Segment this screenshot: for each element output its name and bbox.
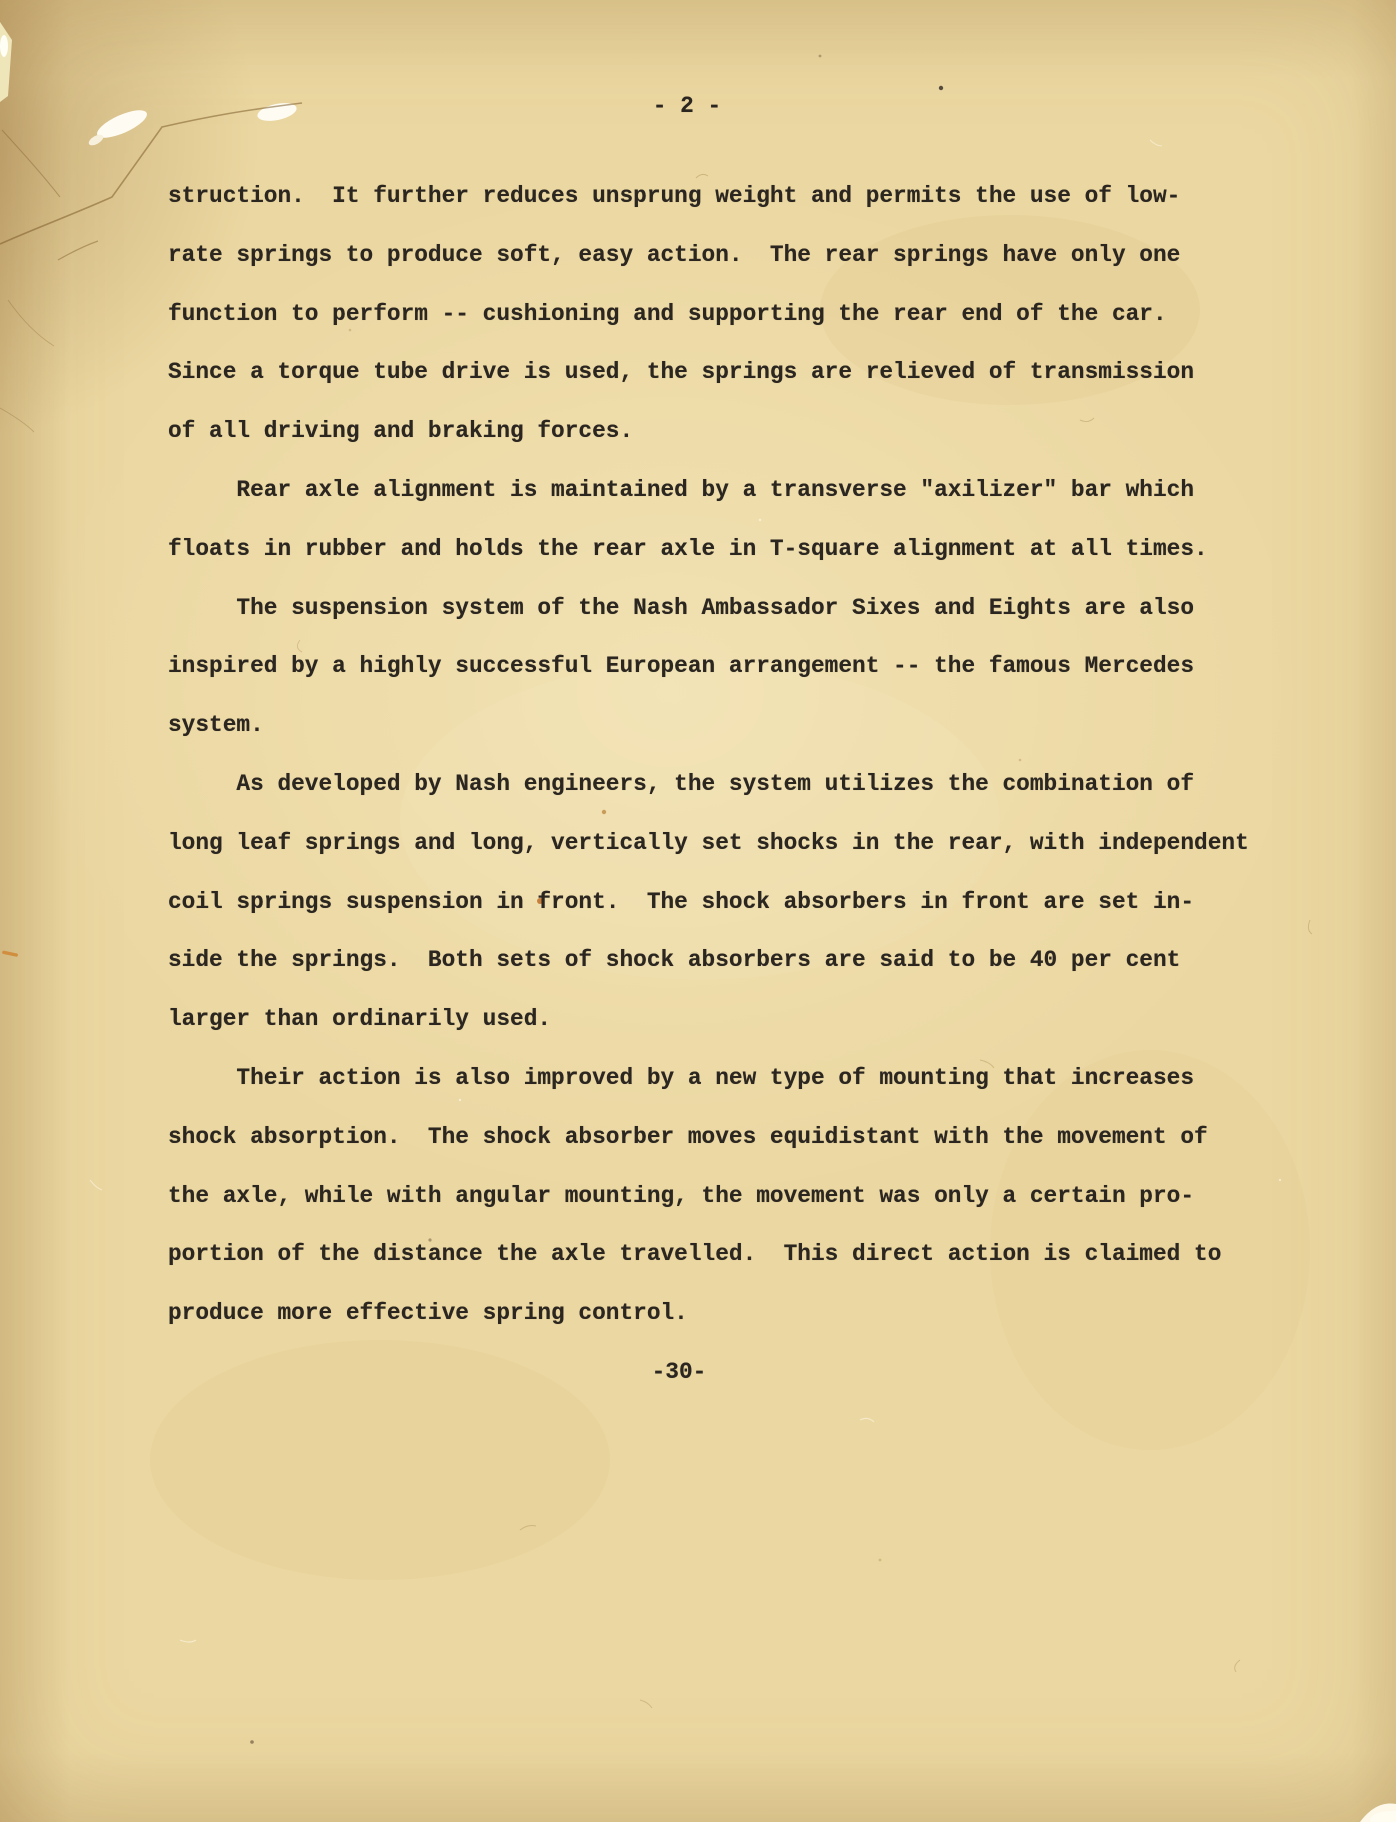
document-page: - 2 - struction. It further reduces unsp… [0,0,1396,1822]
typed-line: of all driving and braking forces. [168,402,1249,461]
typed-line: portion of the distance the axle travell… [168,1225,1249,1284]
typed-line: shock absorption. The shock absorber mov… [168,1108,1249,1167]
typed-line: The suspension system of the Nash Ambass… [168,579,1249,638]
page-number: - 2 - [0,77,1374,136]
typed-line: long leaf springs and long, vertically s… [168,814,1249,873]
typed-line: inspired by a highly successful European… [168,637,1249,696]
typed-line: side the springs. Both sets of shock abs… [168,931,1249,990]
typed-line: system. [168,696,1249,755]
typed-line: coil springs suspension in front. The sh… [168,873,1249,932]
end-mark: -30- [0,1343,1358,1402]
typed-line: function to perform -- cushioning and su… [168,285,1249,344]
typed-line: Rear axle alignment is maintained by a t… [168,461,1249,520]
typed-line: rate springs to produce soft, easy actio… [168,226,1249,285]
typed-line: larger than ordinarily used. [168,990,1249,1049]
typed-text-body: struction. It further reduces unsprung w… [168,167,1249,1343]
typed-line: produce more effective spring control. [168,1284,1249,1343]
typed-line: the axle, while with angular mounting, t… [168,1167,1249,1226]
typed-line: floats in rubber and holds the rear axle… [168,520,1249,579]
typed-line: Since a torque tube drive is used, the s… [168,343,1249,402]
typed-line: As developed by Nash engineers, the syst… [168,755,1249,814]
typed-line: Their action is also improved by a new t… [168,1049,1249,1108]
typed-line: struction. It further reduces unsprung w… [168,167,1249,226]
